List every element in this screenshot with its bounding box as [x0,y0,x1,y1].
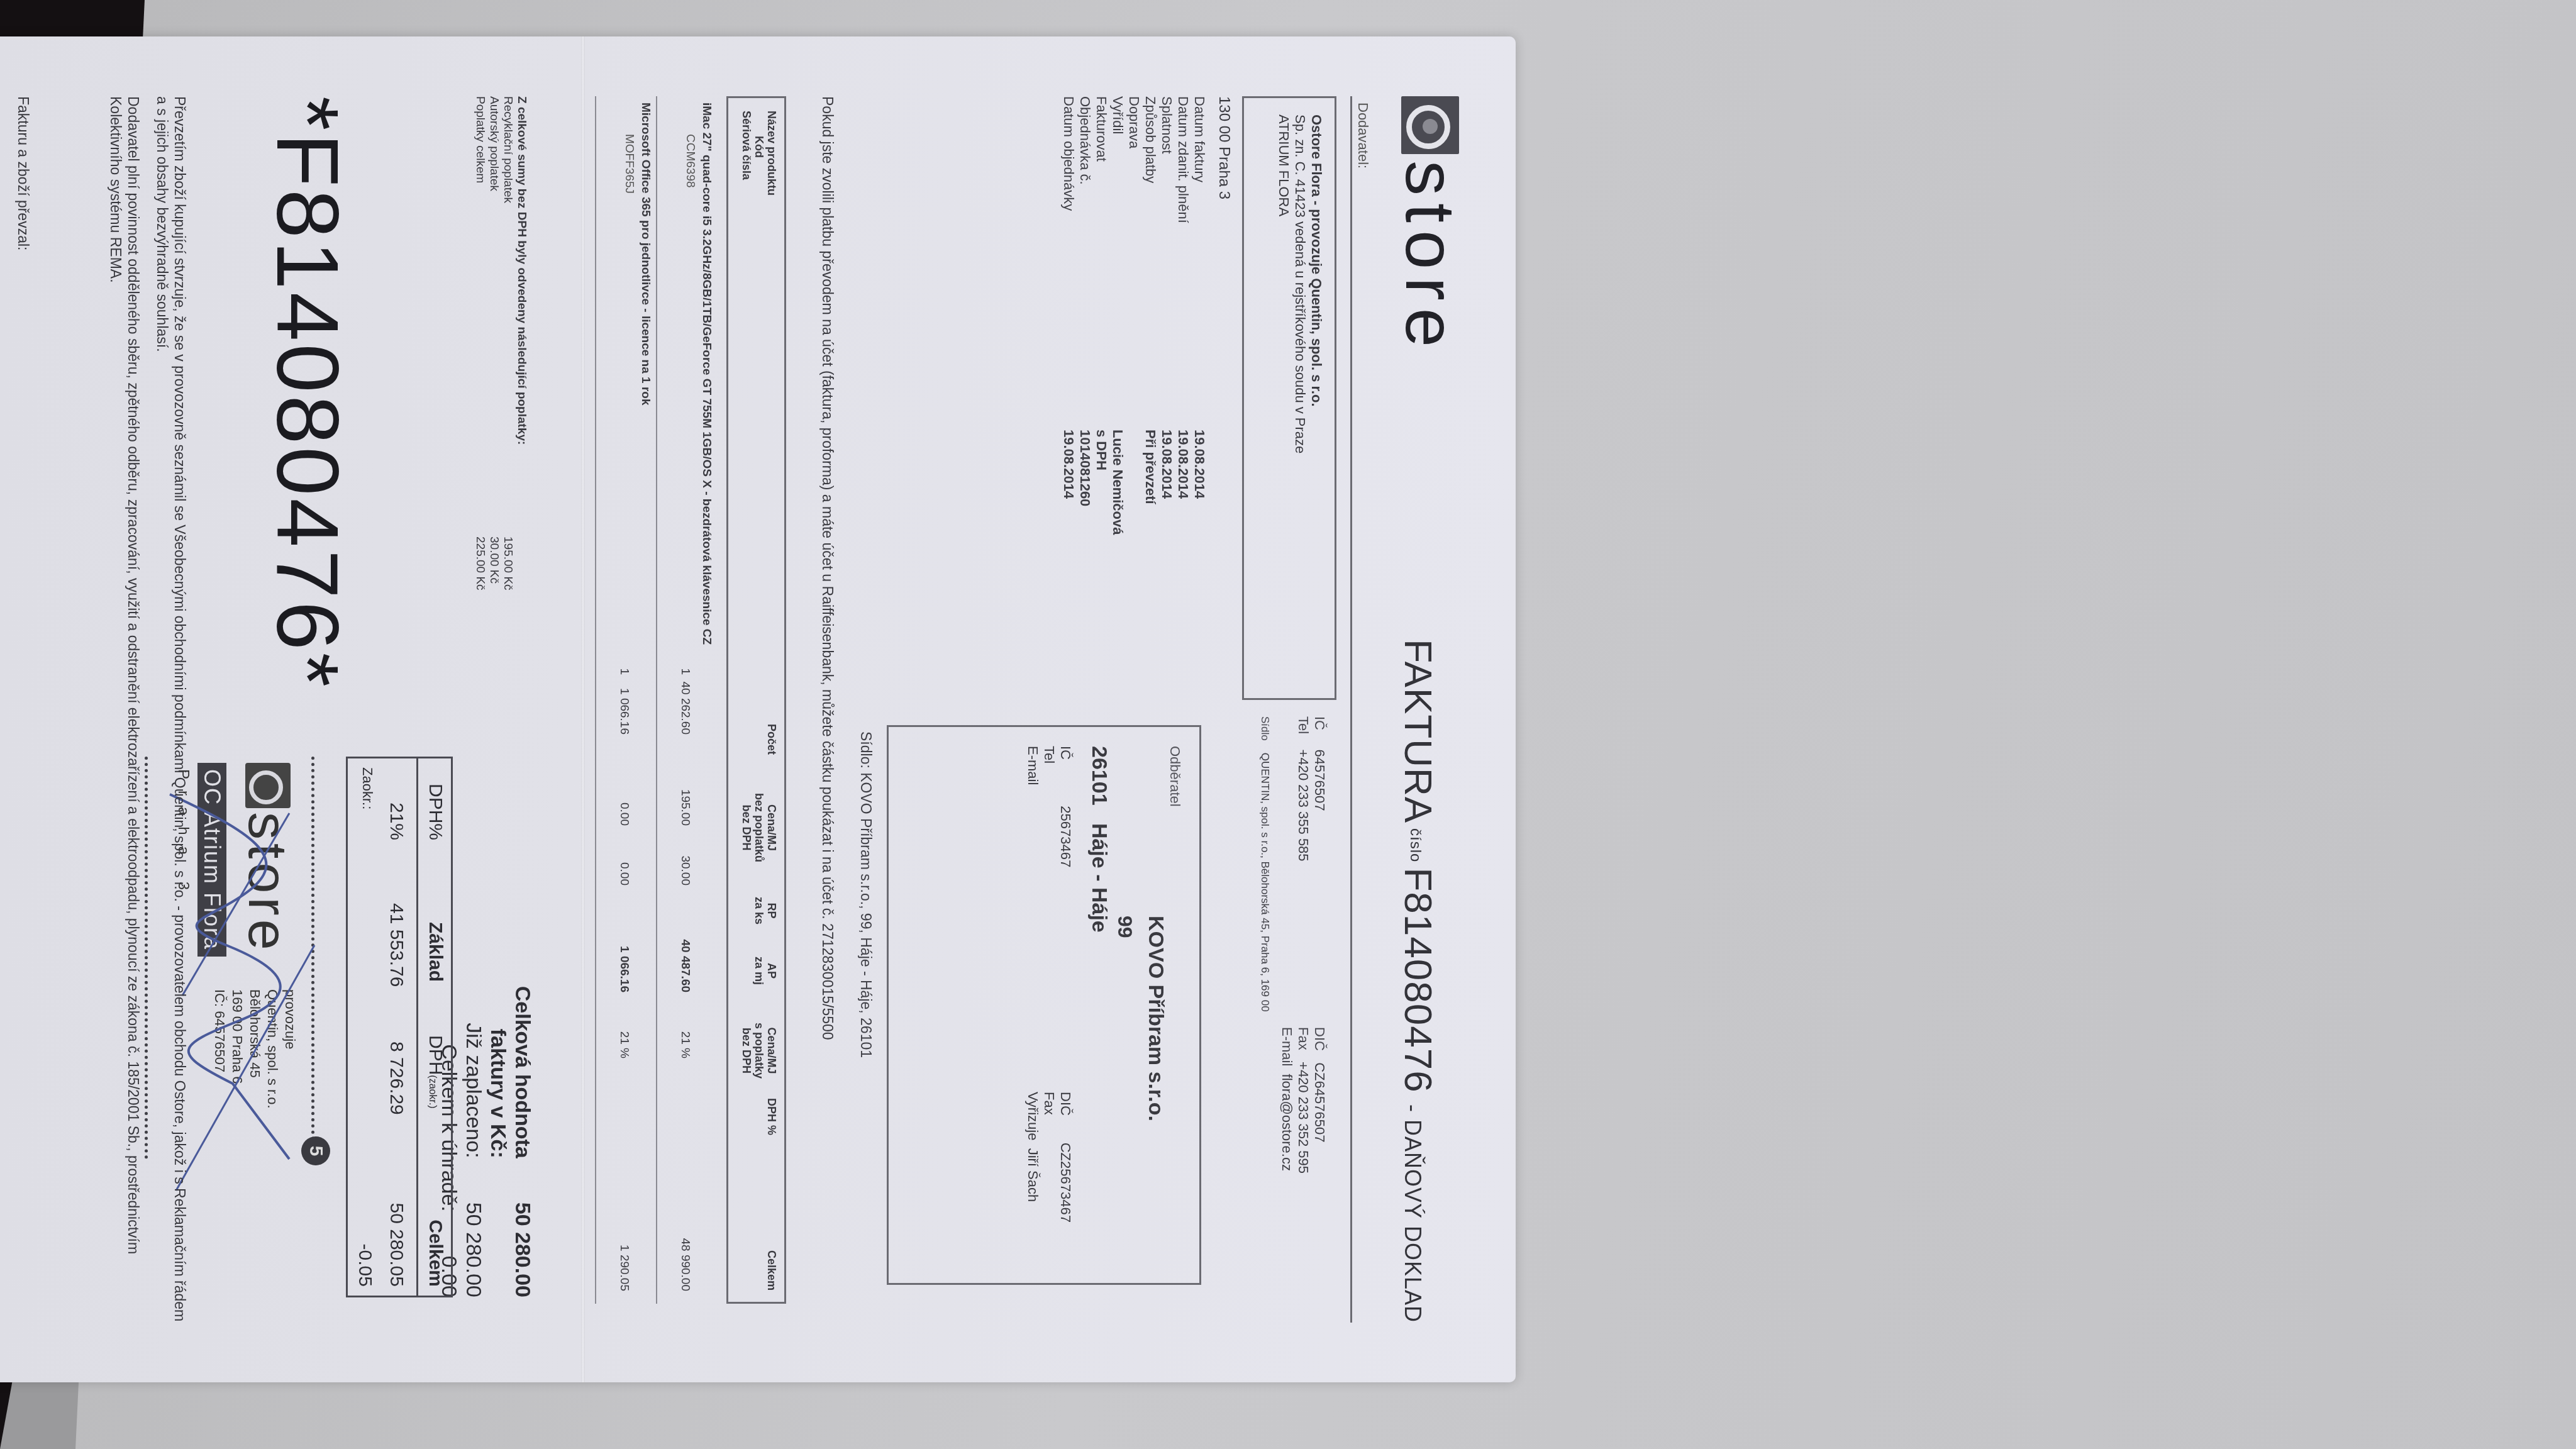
total-label: Celková hodnota faktury v Kč: [486,914,535,1202]
buyer-ic: 25673467 [1058,806,1074,867]
date-row: Datum faktury19.08.2014 [1191,96,1207,662]
buyer-box: Odběratel KOVO Příbram s.r.o. 99 26101 H… [887,725,1201,1285]
stamp-branch: OC Atrium Flora [197,763,226,957]
item-unit-price-fees: 1 066.16 [617,946,631,992]
vat-rate: 21% [386,802,407,840]
table-row: iMac 27" quad-core i5 3.2GHz/8GB/1TB/GeF… [656,96,717,1304]
item-ap: 30.00 [678,855,692,885]
invoice-barcode-text: *F814080476* [257,96,358,689]
col-rp: RP za ks [753,897,778,924]
invoice-dates: Datum faktury19.08.2014Datum zdanit. pln… [1060,96,1207,662]
date-value: 19.08.2014 [1175,430,1191,499]
total-value: 50 280.00 [486,1202,535,1297]
supplier-seat: QUENTIN, spol. s r.o., Bělohorská 45, Pr… [1259,753,1271,1012]
date-label: Doprava [1126,96,1142,430]
date-row: Způsob platbyPři převzetí [1142,96,1158,662]
supplier-fax: +420 233 352 595 [1296,1062,1311,1174]
supplier-ic: 64576507 [1312,750,1328,811]
item-vat-pct: 21 % [617,1031,631,1058]
col-product: Název produktu Kód Sériová čísla [740,111,778,196]
date-label: Fakturovat [1093,96,1109,430]
legal-paragraph: Dodavatel plní povinnost odděleného sběr… [107,96,142,1323]
buyer-label: Odběratel [1167,746,1183,1264]
date-value: 19.08.2014 [1191,430,1207,499]
date-row: Splatnost19.08.2014 [1158,96,1175,662]
item-total: 1 290.05 [617,1245,631,1291]
date-value: 19.08.2014 [1060,430,1077,499]
col-qty: Počet [765,724,778,755]
date-value: 19.08.2014 [1158,430,1175,499]
total-value: 50 280.00 [461,1202,486,1297]
date-value: s DPH [1093,430,1109,470]
fee-label: Poplatky celkem [473,96,487,536]
legal-text: Převzetím zboží kupující stvrzuje, že se… [96,96,189,1323]
date-label: Datum objednávky [1060,96,1077,430]
supplier-postcode: 130 00 Praha 3 [1215,96,1233,199]
fees-summary: Z celkové sumy bez DPH byly odvedeny nás… [473,96,528,725]
stamp-apple-icon [245,763,291,808]
invoice-title: FAKTURAčísloF814080476 - DAŇOVÝ DOKLAD [1396,639,1440,1323]
date-row: Datum zdanit. plnění19.08.2014 [1175,96,1191,662]
total-row: Již zaplaceno:50 280.00 [461,914,486,1297]
item-name: iMac 27" quad-core i5 3.2GHz/8GB/1TB/GeF… [699,103,713,645]
fee-row: Recyklační poplatek195.00 Kč [501,96,514,725]
item-unit-price: 1 066.16 [617,688,631,735]
date-row: Objednávka č.1014081260 [1077,96,1093,662]
item-vat-pct: 21 % [678,1031,692,1058]
store-logo: store [1395,96,1465,355]
brand-name: store [1395,160,1465,355]
total-row: Celková hodnota faktury v Kč:50 280.00 [486,914,535,1297]
received-label: Fakturu a zboží převzal: [14,96,31,250]
item-rp: 195.00 [678,789,692,826]
buyer-street-no: 99 [1113,916,1136,938]
date-label: Splatnost [1158,96,1175,430]
date-row: Datum objednávky19.08.2014 [1060,96,1077,662]
fee-row: Autorský poplatek30.00 Kč [487,96,501,725]
supplier-label: Dodavatel: [1355,103,1371,169]
invoice-paper: store FAKTURAčísloF814080476 - DAŇOVÝ DO… [0,36,1516,1382]
date-row: Fakturovats DPH [1093,96,1109,662]
col-vat: DPH % [765,1098,778,1135]
legal-paragraph: Převzetím zboží kupující stvrzuje, že se… [153,96,189,1323]
item-unit-price-fees: 40 487.60 [678,939,692,992]
date-label: Způsob platby [1142,96,1158,430]
item-qty: 1 [617,668,631,675]
date-value: Při převzetí [1142,430,1158,504]
buyer-seat: Sídlo: KOVO Příbram s.r.o., 99, Háje - H… [857,731,874,1058]
supplier-name: Ostore Flora - provozuje Quentin, spol. … [1308,114,1324,682]
invoice-number: F814080476 [1396,867,1440,1092]
supplier-box: Ostore Flora - provozuje Quentin, spol. … [1242,96,1336,700]
date-label: Datum zdanit. plnění [1175,96,1191,430]
item-qty: 1 [678,668,692,675]
item-rp: 0.00 [617,802,631,826]
date-label: Objednávka č. [1077,96,1093,430]
stamp-badge: 5 [301,1136,330,1165]
stamp-operator: provozuje Quentin, spol. s r.o. Bělohors… [211,989,299,1109]
item-unit-price: 40 262.60 [678,681,692,735]
total-label: Již zaplaceno: [461,914,486,1202]
date-row: Doprava [1126,96,1142,662]
supplier-dic: CZ64576507 [1312,1062,1328,1142]
item-name: Microsoft Office 365 pro jednotlivce - l… [638,103,652,405]
date-row: VyřídilLucie Nemičová [1109,96,1126,662]
date-value: Lucie Nemičová [1109,430,1126,535]
buyer-name: KOVO Příbram s.r.o. [1143,916,1168,1121]
date-label: Vyřídil [1109,96,1126,430]
supplier-tel: +420 233 355 585 [1296,750,1311,862]
vat-rounding: -0.05 [354,1244,375,1287]
vat-summary-table: DPH% Základ DPH(zaokr.) Celkem 21% 41 55… [346,757,453,1297]
buyer-handled-by: Jiří Šach [1025,1148,1041,1202]
fee-value: 30.00 Kč [487,536,501,584]
date-value: 1014081260 [1077,430,1093,506]
items-table: iMac 27" quad-core i5 3.2GHz/8GB/1TB/GeF… [595,96,717,1304]
fee-label: Recyklační poplatek [501,96,514,536]
title-suffix: - DAŇOVÝ DOKLAD [1400,1104,1426,1323]
fee-value: 225.00 Kč [473,536,487,591]
item-code: MOFF365J [622,134,636,194]
supplier-contacts: IČ 64576507 DIČ CZ64576507 Tel +420 233 … [1242,700,1336,1323]
invoice-header: store FAKTURAčísloF814080476 - DAŇOVÝ DO… [1350,96,1472,1323]
fees-title: Z celkové sumy bez DPH byly odvedeny nás… [514,96,528,725]
item-code: CCM6398 [683,134,697,188]
date-label: Datum faktury [1191,96,1207,430]
fee-value: 195.00 Kč [501,536,514,591]
vat-total: 50 280.05 [386,1203,407,1287]
col-unit-price: Cena/MJ bez poplatků bez DPH [740,793,778,862]
item-ap: 0.00 [617,862,631,885]
col-unit-price-fees: Cena/MJ s poplatky bez DPH [740,1023,778,1079]
buyer-ids-2: DIČ CZ25673467 Fax Vyřizuje Jiří Šach [1024,1092,1074,1223]
vat-base: 41 553.76 [386,903,407,987]
payment-note: Pokud jste zvolili platbu převodem na úč… [819,96,836,1323]
supplier-email: flora@ostore.cz [1279,1074,1295,1171]
col-total: Celkem [765,1250,778,1291]
item-total: 48 990.00 [678,1238,692,1291]
supplier-branch: ATRIUM FLORA [1275,114,1292,682]
items-table-header: Název produktu Kód Sériová čísla Počet C… [726,96,786,1304]
buyer-ids: IČ 25673467 Tel E-mail [1024,746,1074,867]
vat-amount: 8 726.29 [386,1041,407,1115]
col-ap: AP za mj [753,957,778,985]
table-row: Microsoft Office 365 pro jednotlivce - l… [595,96,656,1304]
fee-label: Autorský poplatek [487,96,501,536]
apple-circle-icon [1401,96,1459,154]
fee-row: Poplatky celkem225.00 Kč [473,96,487,725]
buyer-dic: CZ25673467 [1058,1143,1074,1223]
buyer-city: 26101 Háje - Háje [1087,746,1111,933]
supplier-registry: Sp. zn. C. 41423 vedená u rejstříkového … [1292,114,1308,682]
